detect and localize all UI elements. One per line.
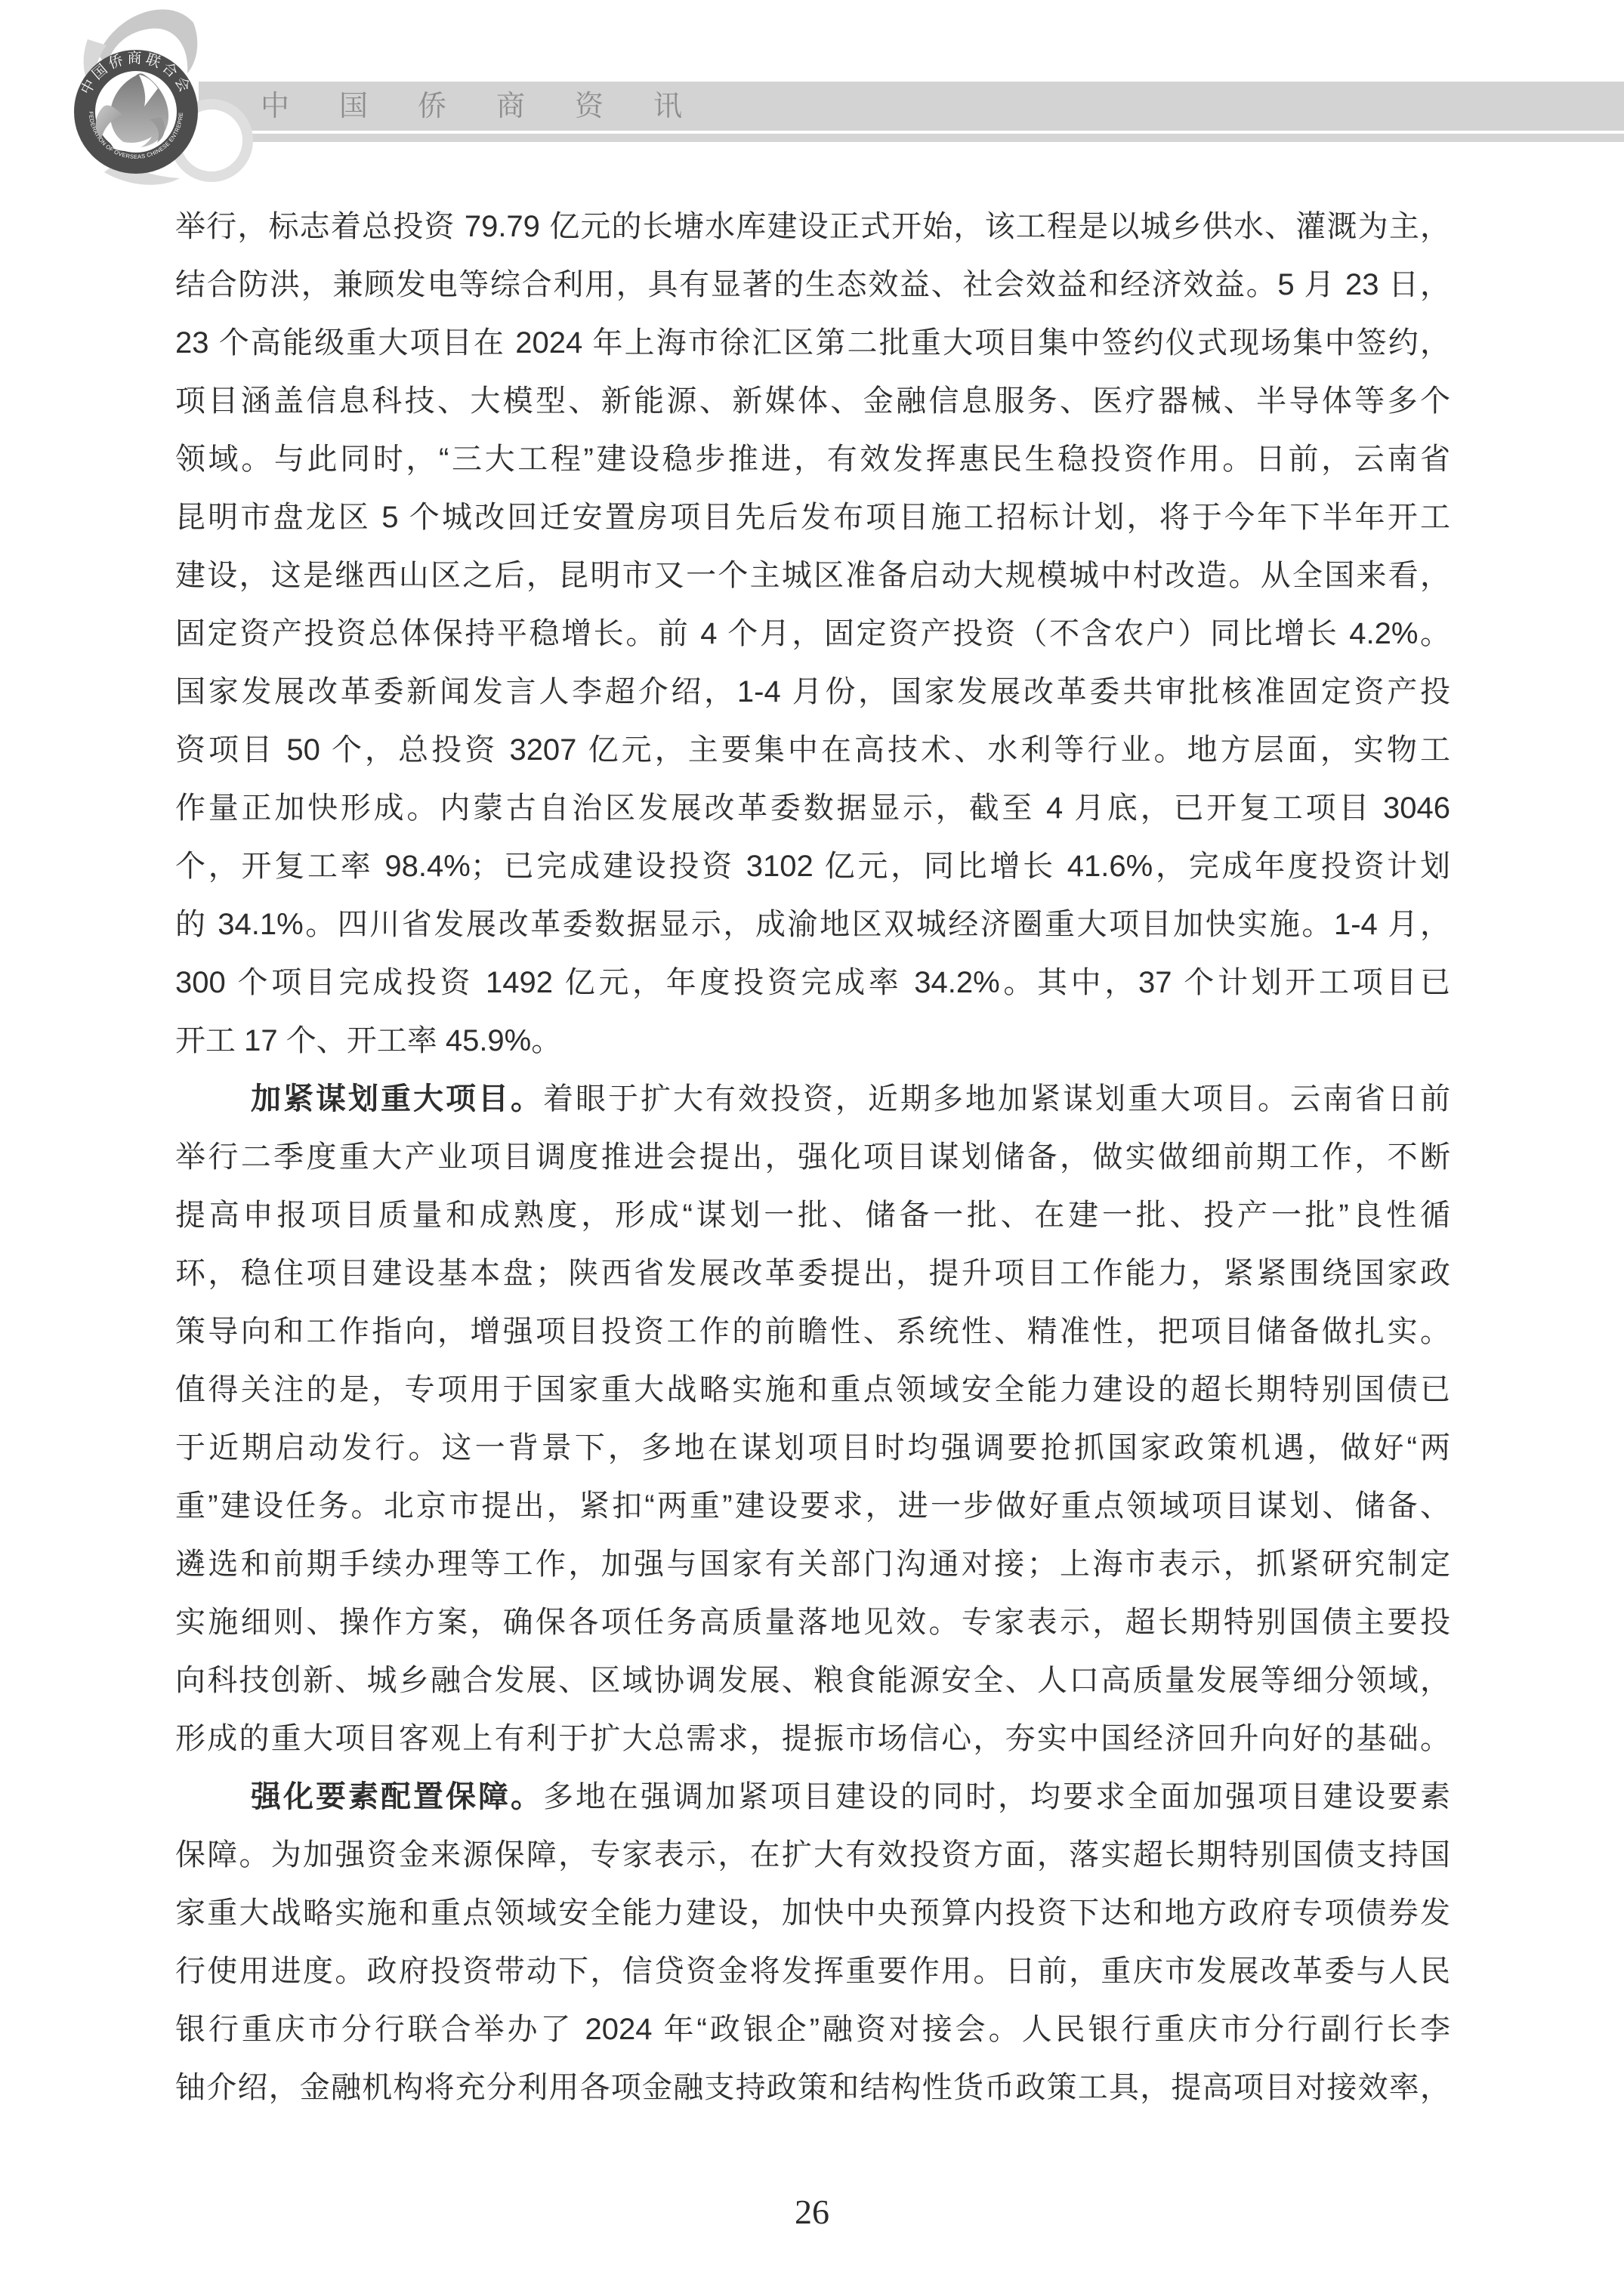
document-page: 中国侨商资讯 中国侨商联合会 CHINA FEDERATION OF	[0, 0, 1624, 2293]
text-line: 保障。为加强资金来源保障，专家表示，在扩大有效投资方面，落实超长期特别国债支持国	[175, 1826, 1450, 1884]
text-line: 实施细则、操作方案，确保各项任务高质量落地见效。专家表示，超长期特别国债主要投	[175, 1594, 1450, 1652]
header-banner-underline	[224, 134, 1624, 142]
text-line: 23 个高能级重大项目在 2024 年上海市徐汇区第二批重大项目集中签约仪式现场…	[175, 314, 1450, 372]
paragraph-lead: 强化要素配置保障。	[251, 1780, 543, 1813]
text-line: 向科技创新、城乡融合发展、区域协调发展、粮食能源安全、人口高质量发展等细分领域，	[175, 1652, 1450, 1710]
paragraph-lead: 加紧谋划重大项目。	[251, 1082, 543, 1116]
text-line: 结合防洪，兼顾发电等综合利用，具有显著的生态效益、社会效益和经济效益。5 月 2…	[175, 256, 1450, 314]
text-line: 强化要素配置保障。多地在强调加紧项目建设的同时，均要求全面加强项目建设要素	[175, 1768, 1450, 1826]
body-text: 举行，标志着总投资 79.79 亿元的长塘水库建设正式开始，该工程是以城乡供水、…	[175, 198, 1450, 2117]
text-line: 举行二季度重大产业项目调度推进会提出，强化项目谋划储备，做实做细前期工作，不断	[175, 1128, 1450, 1187]
text-line: 重”建设任务。北京市提出，紧扣“两重”建设要求，进一步做好重点领域项目谋划、储备…	[175, 1477, 1450, 1535]
text-line: 昆明市盘龙区 5 个城改回迁安置房项目先后发布项目施工招标计划，将于今年下半年开…	[175, 489, 1450, 547]
text-line: 值得关注的是，专项用于国家重大战略实施和重点领域安全能力建设的超长期特别国债已	[175, 1361, 1450, 1419]
text-line: 于近期启动发行。这一背景下，多地在谋划项目时均强调要抢抓国家政策机遇，做好“两	[175, 1419, 1450, 1477]
text-line: 项目涵盖信息科技、大模型、新能源、新媒体、金融信息服务、医疗器械、半导体等多个	[175, 372, 1450, 431]
text-line: 个，开复工率 98.4%；已完成建设投资 3102 亿元，同比增长 41.6%，…	[175, 838, 1450, 896]
text-line: 固定资产投资总体保持平稳增长。前 4 个月，固定资产投资（不含农户）同比增长 4…	[175, 605, 1450, 663]
text-line: 作量正加快形成。内蒙古自治区发展改革委数据显示，截至 4 月底，已开复工项目 3…	[175, 779, 1450, 838]
text-line: 300 个项目完成投资 1492 亿元，年度投资完成率 34.2%。其中，37 …	[175, 954, 1450, 1012]
text-line: 遴选和前期手续办理等工作，加强与国家有关部门沟通对接；上海市表示，抓紧研究制定	[175, 1535, 1450, 1594]
text-line: 家重大战略实施和重点领域安全能力建设，加快中央预算内投资下达和地方政府专项债券发	[175, 1884, 1450, 1943]
page-number: 26	[0, 2192, 1624, 2232]
text-line: 举行，标志着总投资 79.79 亿元的长塘水库建设正式开始，该工程是以城乡供水、…	[175, 198, 1450, 256]
text-line: 开工 17 个、开工率 45.9%。	[175, 1012, 1450, 1070]
text-line: 环，稳住项目建设基本盘；陕西省发展改革委提出，提升项目工作能力，紧紧围绕国家政	[175, 1245, 1450, 1303]
text-line: 提高申报项目质量和成熟度，形成“谋划一批、储备一批、在建一批、投产一批”良性循	[175, 1187, 1450, 1245]
text-line: 银行重庆市分行联合举办了 2024 年“政银企”融资对接会。人民银行重庆市分行副…	[175, 2001, 1450, 2059]
text-line: 形成的重大项目客观上有利于扩大总需求，提振市场信心，夯实中国经济回升向好的基础。	[175, 1710, 1450, 1768]
text-line: 策导向和工作指向，增强项目投资工作的前瞻性、系统性、精准性，把项目储备做扎实。	[175, 1303, 1450, 1361]
text-line: 国家发展改革委新闻发言人李超介绍，1-4 月份，国家发展改革委共审批核准固定资产…	[175, 663, 1450, 721]
text-line: 加紧谋划重大项目。着眼于扩大有效投资，近期多地加紧谋划重大项目。云南省日前	[175, 1070, 1450, 1128]
text-line: 行使用进度。政府投资带动下，信贷资金将发挥重要作用。日前，重庆市发展改革委与人民	[175, 1943, 1450, 2001]
text-line: 资项目 50 个，总投资 3207 亿元，主要集中在高技术、水利等行业。地方层面…	[175, 721, 1450, 779]
text-line: 领域。与此同时，“三大工程”建设稳步推进，有效发挥惠民生稳投资作用。日前，云南省	[175, 431, 1450, 489]
text-line: 的 34.1%。四川省发展改革委数据显示，成渝地区双城经济圈重大项目加快实施。1…	[175, 896, 1450, 954]
text-line: 铀介绍，金融机构将充分利用各项金融支持政策和结构性货币政策工具，提高项目对接效率…	[175, 2059, 1450, 2117]
org-logo: 中国侨商联合会 CHINA FEDERATION OF OVERSEAS CHI…	[15, 0, 302, 204]
text-line: 建设，这是继西山区之后，昆明市又一个主城区准备启动大规模城中村改造。从全国来看，	[175, 547, 1450, 605]
header-banner-title: 中国侨商资讯	[261, 91, 732, 122]
